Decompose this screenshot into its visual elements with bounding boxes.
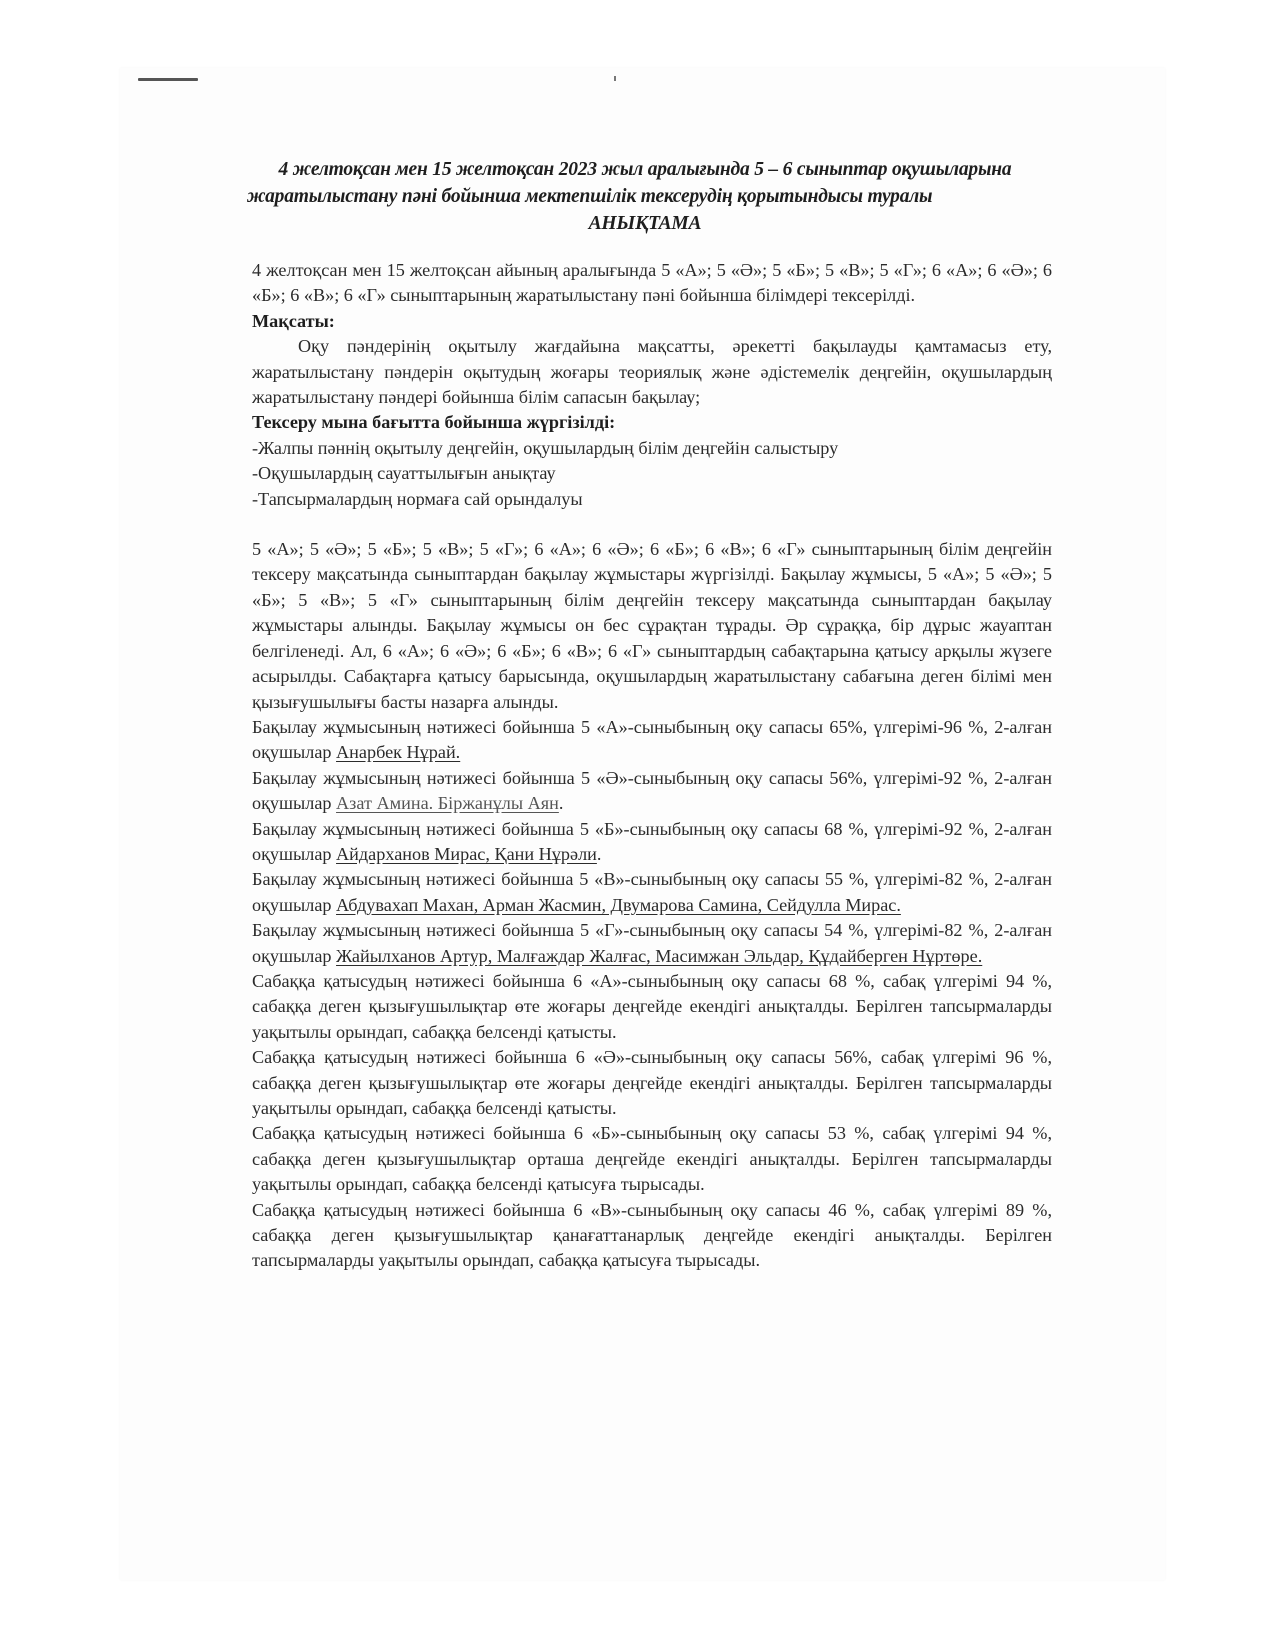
direction-item: -Тапсырмалардың нормаға сай орындалуы <box>252 487 1052 512</box>
students-list: Азат Амина. Біржанұлы Аян <box>336 793 559 813</box>
result-6ae: Сабаққа қатысудың нәтижесі бойынша 6 «Ә»… <box>252 1045 1052 1121</box>
result-6b: Сабаққа қатысудың нәтижесі бойынша 6 «Б»… <box>252 1121 1052 1197</box>
result-5v: Бақылау жұмысының нәтижесі бойынша 5 «В»… <box>252 867 1052 918</box>
intro-paragraph: 4 желтоқсан мен 15 желтоқсан айының арал… <box>252 258 1052 309</box>
title-line-2: жаратылыстану пәні бойынша мектепшілік т… <box>245 183 1045 210</box>
document-title: 4 желтоқсан мен 15 желтоқсан 2023 жыл ар… <box>245 156 1045 237</box>
title-line-1: 4 желтоқсан мен 15 желтоқсан 2023 жыл ар… <box>245 156 1045 183</box>
title-heading: АНЫҚТАМА <box>245 210 1045 237</box>
students-list: Анарбек Нұрай. <box>336 742 460 762</box>
goal-paragraph: Оқу пәндерінің оқытылу жағдайына мақсатт… <box>252 334 1052 410</box>
students-list: Абдувахап Махан, Арман Жасмин, Двумарова… <box>336 895 901 915</box>
result-6v: Сабаққа қатысудың нәтижесі бойынша 6 «В»… <box>252 1198 1052 1274</box>
result-6a: Сабаққа қатысудың нәтижесі бойынша 6 «А»… <box>252 969 1052 1045</box>
scan-speck <box>614 76 616 81</box>
result-5g: Бақылау жұмысының нәтижесі бойынша 5 «Г»… <box>252 918 1052 969</box>
scan-mark <box>138 78 198 81</box>
method-paragraph: 5 «А»; 5 «Ә»; 5 «Б»; 5 «В»; 5 «Г»; 6 «А»… <box>252 537 1052 715</box>
direction-item: -Жалпы пәннің оқытылу деңгейін, оқушылар… <box>252 436 1052 461</box>
result-5b: Бақылау жұмысының нәтижесі бойынша 5 «Б»… <box>252 817 1052 868</box>
document-body: 4 желтоқсан мен 15 желтоқсан айының арал… <box>252 258 1052 1274</box>
direction-heading: Тексеру мына бағытта бойынша жүргізілді: <box>252 410 1052 435</box>
direction-item: -Оқушылардың сауаттылығын анықтау <box>252 461 1052 486</box>
result-5a: Бақылау жұмысының нәтижесі бойынша 5 «А»… <box>252 715 1052 766</box>
students-list: Жайылханов Артур, Малғаждар Жалғас, Маси… <box>336 946 982 966</box>
result-5ae: Бақылау жұмысының нәтижесі бойынша 5 «Ә»… <box>252 766 1052 817</box>
students-list: Айдарханов Мирас, Қани Нұрәли <box>336 844 597 864</box>
goal-heading: Мақсаты: <box>252 309 1052 334</box>
